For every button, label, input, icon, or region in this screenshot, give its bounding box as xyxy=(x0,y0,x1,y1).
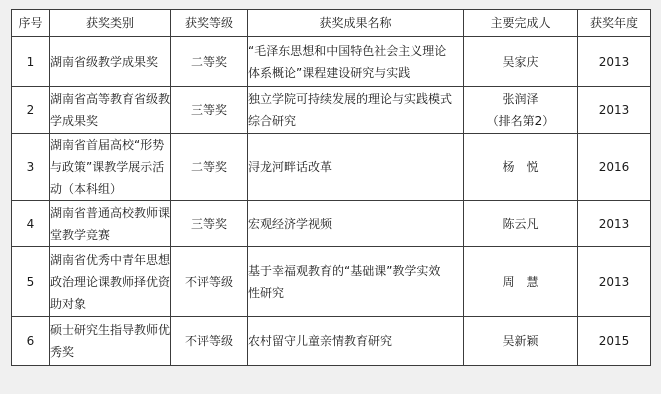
cell-level: 三等奖 xyxy=(171,87,248,134)
header-cell-contributor: 主要完成人 xyxy=(464,10,578,37)
cell-year: 2013 xyxy=(578,247,651,317)
cell-number: 5 xyxy=(12,247,50,317)
table-row: 5 湖南省优秀中青年思想 政治理论课教师择优资 助对象 不评等级 基于幸福观教育… xyxy=(12,247,651,317)
cell-achievement: 独立学院可持续发展的理论与实践模式 综合研究 xyxy=(248,87,464,134)
cell-contributor: 杨 悦 xyxy=(464,134,578,201)
header-cell-category: 获奖类别 xyxy=(50,10,171,37)
cell-year: 2016 xyxy=(578,134,651,201)
cell-achievement: 浔龙河畔话改革 xyxy=(248,134,464,201)
table-header-row: 序号 获奖类别 获奖等级 获奖成果名称 主要完成人 获奖年度 xyxy=(12,10,651,37)
cell-number: 3 xyxy=(12,134,50,201)
table-body: 1 湖南省级教学成果奖 二等奖 “毛泽东思想和中国特色社会主义理论 体系概论”课… xyxy=(12,37,651,366)
cell-contributor: 吴新颖 xyxy=(464,317,578,366)
cell-category: 硕士研究生指导教师优 秀奖 xyxy=(50,317,171,366)
cell-level: 不评等级 xyxy=(171,317,248,366)
table-row: 1 湖南省级教学成果奖 二等奖 “毛泽东思想和中国特色社会主义理论 体系概论”课… xyxy=(12,37,651,87)
cell-category: 湖南省普通高校教师课 堂教学竞赛 xyxy=(50,201,171,247)
cell-number: 4 xyxy=(12,201,50,247)
header-row: 序号 获奖类别 获奖等级 获奖成果名称 主要完成人 获奖年度 xyxy=(12,10,651,37)
header-cell-achievement: 获奖成果名称 xyxy=(248,10,464,37)
cell-achievement: 农村留守儿童亲情教育研究 xyxy=(248,317,464,366)
header-cell-level: 获奖等级 xyxy=(171,10,248,37)
cell-achievement: 基于幸福观教育的“基础课”教学实效 性研究 xyxy=(248,247,464,317)
header-cell-year: 获奖年度 xyxy=(578,10,651,37)
table-row: 4 湖南省普通高校教师课 堂教学竞赛 三等奖 宏观经济学视频 陈云凡 2013 xyxy=(12,201,651,247)
cell-number: 6 xyxy=(12,317,50,366)
cell-achievement: 宏观经济学视频 xyxy=(248,201,464,247)
cell-category: 湖南省优秀中青年思想 政治理论课教师择优资 助对象 xyxy=(50,247,171,317)
cell-number: 2 xyxy=(12,87,50,134)
cell-year: 2013 xyxy=(578,201,651,247)
page-background: { "page": { "background_color": "#f0f0f0… xyxy=(0,0,661,394)
cell-contributor: 周 慧 xyxy=(464,247,578,317)
cell-level: 三等奖 xyxy=(171,201,248,247)
cell-contributor: 陈云凡 xyxy=(464,201,578,247)
cell-category: 湖南省级教学成果奖 xyxy=(50,37,171,87)
cell-level: 不评等级 xyxy=(171,247,248,317)
cell-contributor: 吴家庆 xyxy=(464,37,578,87)
cell-level: 二等奖 xyxy=(171,37,248,87)
cell-year: 2015 xyxy=(578,317,651,366)
cell-category: 湖南省高等教育省级教 学成果奖 xyxy=(50,87,171,134)
table-row: 3 湖南省首届高校“形势 与政策”课教学展示活 动（本科组） 二等奖 浔龙河畔话… xyxy=(12,134,651,201)
header-cell-number: 序号 xyxy=(12,10,50,37)
cell-year: 2013 xyxy=(578,37,651,87)
cell-category: 湖南省首届高校“形势 与政策”课教学展示活 动（本科组） xyxy=(50,134,171,201)
cell-year: 2013 xyxy=(578,87,651,134)
cell-number: 1 xyxy=(12,37,50,87)
awards-table: 序号 获奖类别 获奖等级 获奖成果名称 主要完成人 获奖年度 1 湖南省级教学成… xyxy=(11,9,651,366)
cell-contributor: 张润泽 （排名第2） xyxy=(464,87,578,134)
cell-level: 二等奖 xyxy=(171,134,248,201)
table-row: 6 硕士研究生指导教师优 秀奖 不评等级 农村留守儿童亲情教育研究 吴新颖 20… xyxy=(12,317,651,366)
table-row: 2 湖南省高等教育省级教 学成果奖 三等奖 独立学院可持续发展的理论与实践模式 … xyxy=(12,87,651,134)
cell-achievement: “毛泽东思想和中国特色社会主义理论 体系概论”课程建设研究与实践 xyxy=(248,37,464,87)
